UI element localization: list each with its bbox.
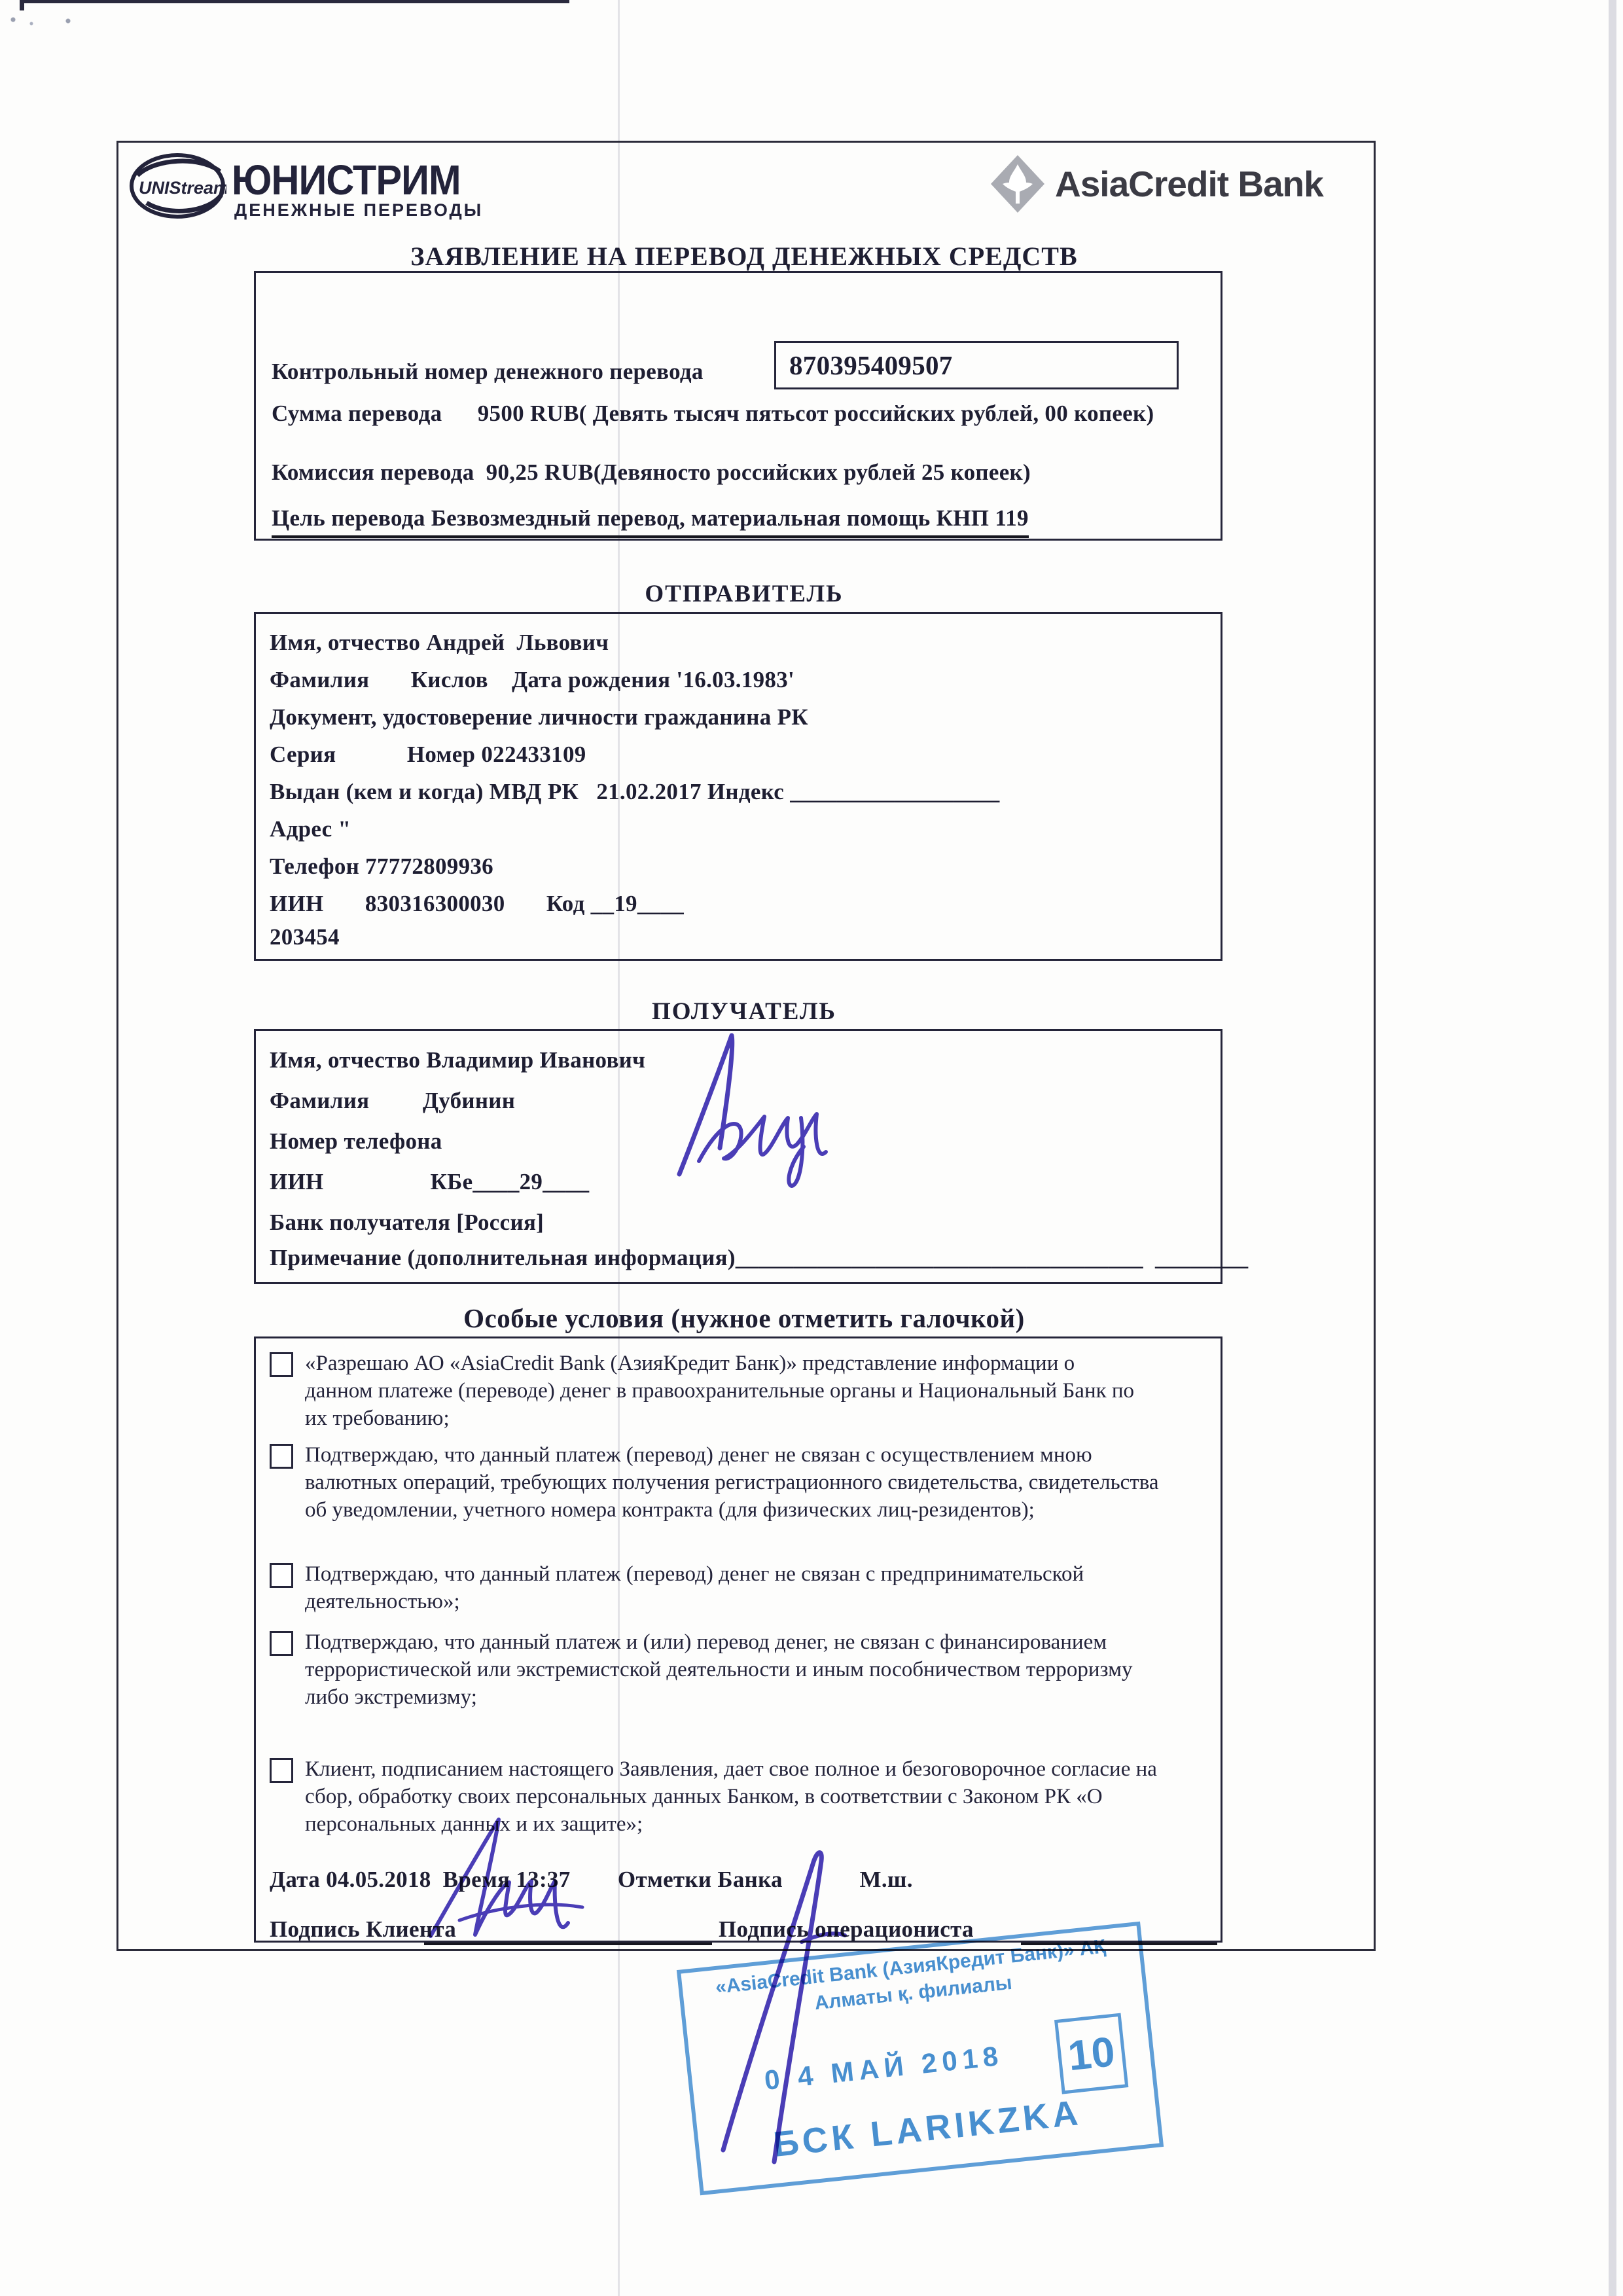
svg-text:UNIStream: UNIStream xyxy=(139,178,226,198)
condition-item: Подтверждаю, что данный платеж и (или) п… xyxy=(270,1628,1140,1711)
checkbox-icon xyxy=(270,1631,293,1656)
amount-label: Сумма перевода xyxy=(272,401,442,426)
scan-edge-shadow xyxy=(1609,0,1616,2296)
condition-text: Подтверждаю, что данный платеж (перевод)… xyxy=(305,1560,1212,1615)
unistream-logo-icon: UNIStream xyxy=(128,152,226,221)
condition-text: Подтверждаю, что данный платеж и (или) п… xyxy=(305,1628,1140,1711)
unistream-wordmark: ЮНИСТРИМ xyxy=(232,156,524,199)
commission-label: Комиссия перевода xyxy=(272,459,474,485)
sender-document-row: Документ, удостоверение личности граждан… xyxy=(270,704,1205,730)
asiacredit-diamond-icon xyxy=(990,154,1046,214)
sender-issued-row: Выдан (кем и когда) МВД РК 21.02.2017 Ин… xyxy=(270,779,1205,805)
sender-address-row: Адрес " xyxy=(270,816,1205,842)
bank-marks-value: М.ш. xyxy=(860,1867,913,1892)
sender-section-title: ОТПРАВИТЕЛЬ xyxy=(116,580,1372,608)
condition-text: «Разрешаю АО «AsiaCredit Bank (АзияКреди… xyxy=(305,1350,1140,1432)
scan-artifact-top-strip xyxy=(20,0,569,3)
condition-item: «Разрешаю АО «AsiaCredit Bank (АзияКреди… xyxy=(270,1350,1140,1432)
recipient-bank-row: Банк получателя [Россия] xyxy=(270,1210,1205,1236)
scan-artifact-corner-mark xyxy=(20,0,24,10)
scanned-transfer-application: UNIStream ЮНИСТРИМ ДЕНЕЖНЫЕ ПЕРЕВОДЫ Asi… xyxy=(0,0,1623,2296)
stamp-number: 10 xyxy=(1054,2013,1128,2094)
purpose-value: Безвозмездный перевод, материальная помо… xyxy=(431,505,1029,531)
condition-item: Подтверждаю, что данный платеж (перевод)… xyxy=(270,1441,1186,1524)
amount-row: Сумма перевода 9500 RUB( Девять тысяч пя… xyxy=(272,401,1154,427)
unistream-tagline: ДЕНЕЖНЫЕ ПЕРЕВОДЫ xyxy=(234,200,483,221)
sender-iin-row: ИИН 830316300030 Код __19____ xyxy=(270,891,1205,917)
scan-artifact-dots xyxy=(5,14,84,31)
checkbox-icon xyxy=(270,1758,293,1783)
sender-phone-row: Телефон 77772809936 xyxy=(270,853,1205,880)
checkbox-icon xyxy=(270,1352,293,1377)
page-title: ЗАЯВЛЕНИЕ НА ПЕРЕВОД ДЕНЕЖНЫХ СРЕДСТВ xyxy=(116,241,1372,272)
sender-surname-row: Фамилия Кислов Дата рождения '16.03.1983… xyxy=(270,667,1205,693)
commission-row: Комиссия перевода 90,25 RUB(Девяносто ро… xyxy=(272,459,1031,486)
sender-code-row: 203454 xyxy=(270,924,1205,950)
amount-value: 9500 RUB( Девять тысяч пятьсот российски… xyxy=(478,401,1154,426)
checkbox-icon xyxy=(270,1563,293,1588)
date-value: 04.05.2018 xyxy=(326,1867,431,1892)
commission-value: 90,25 RUB(Девяносто российских рублей 25… xyxy=(486,459,1031,485)
asiacredit-wordmark: AsiaCredit Bank xyxy=(1055,163,1323,205)
checkbox-icon xyxy=(270,1444,293,1469)
condition-item: Подтверждаю, что данный платеж (перевод)… xyxy=(270,1560,1212,1615)
control-number-label: Контрольный номер денежного перевода xyxy=(272,359,704,385)
condition-text: Подтверждаю, что данный платеж (перевод)… xyxy=(305,1441,1186,1524)
purpose-label: Цель перевода xyxy=(272,505,425,531)
sender-name-row: Имя, отчество Андрей Львович xyxy=(270,630,1205,656)
conditions-section-title: Особые условия (нужное отметить галочкой… xyxy=(116,1302,1372,1334)
recipient-note-row: Примечание (дополнительная информация)__… xyxy=(270,1245,1205,1271)
date-label: Дата xyxy=(270,1867,320,1892)
recipient-signature xyxy=(661,1026,864,1190)
client-signature xyxy=(419,1808,596,1948)
sender-series-row: Серия Номер 022433109 xyxy=(270,742,1205,768)
operator-signature xyxy=(704,1842,861,2170)
purpose-row: Цель перевода Безвозмездный перевод, мат… xyxy=(272,505,1029,538)
asiacredit-logo: AsiaCredit Bank xyxy=(990,154,1330,213)
condition-item: Клиент, подписанием настоящего Заявления… xyxy=(270,1755,1205,1838)
control-number-value: 870395409507 xyxy=(789,350,953,381)
recipient-section-title: ПОЛУЧАТЕЛЬ xyxy=(116,997,1372,1026)
